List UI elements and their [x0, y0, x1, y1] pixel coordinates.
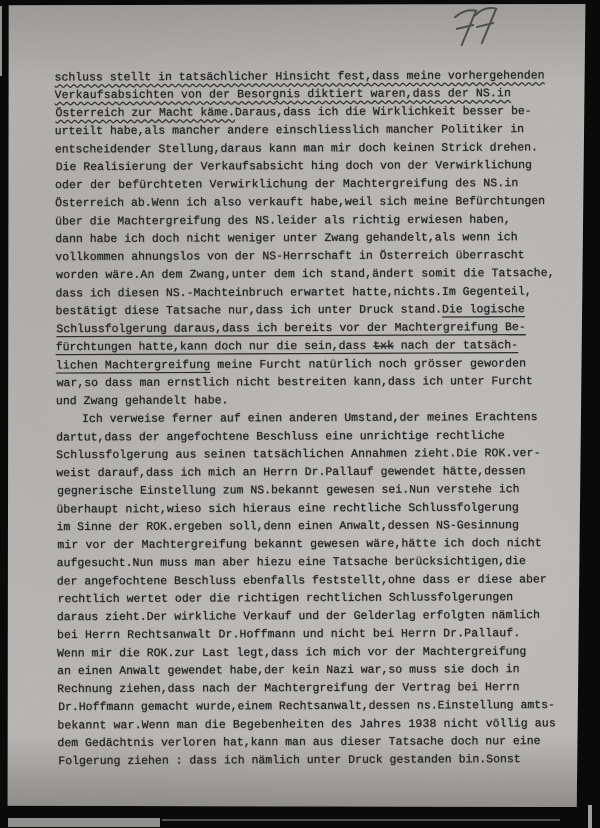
- text-segment: an einen Anwalt gewendet habe,der kein N…: [57, 663, 519, 678]
- text-segment: weist darauf,dass ich mich an Herrn Dr.P…: [56, 465, 525, 480]
- paper-sheet: schluss stellt in tatsächlicher Hinsicht…: [7, 4, 586, 807]
- text-line: im Sinne der ROK.ergeben soll,denn einen…: [56, 517, 571, 537]
- text-segment: Schlussfolgerung aus seinen tatsächliche…: [56, 447, 541, 462]
- text-line: aufgesucht.Nun muss man aber hiezu eine …: [57, 553, 572, 573]
- handwritten-seven-2-crossbar: [477, 23, 493, 27]
- text-segment-ul: Schlussfolgerung daraus,dass ich bereits…: [56, 321, 525, 336]
- text-line: Ich verweise ferner auf einen anderen Um…: [56, 409, 571, 429]
- text-line: fürchtungen hatte,kann doch nur die sein…: [56, 337, 571, 357]
- text-segment: Österreich ab.Wenn ich also verkauft hab…: [55, 195, 545, 210]
- text-line: war,so dass man ernstlich nicht bestreit…: [57, 373, 572, 393]
- text-line: Dr.Hoffmann gemacht wurde,einem Rechtsan…: [58, 697, 573, 717]
- document-text: schluss stellt in tatsächlicher Hinsicht…: [54, 67, 572, 771]
- text-segment: meine Furcht natürlich noch grösser gewo…: [210, 357, 526, 371]
- text-line: Verkaufsabsichten von der Besorgnis dikt…: [55, 85, 570, 105]
- text-line: über die Machtergreifung des NS.leider a…: [55, 211, 570, 231]
- text-segment: war,so dass man ernstlich nicht bestreit…: [57, 375, 533, 390]
- text-segment-ul: fürchtungen hatte,kann doch nur die sein…: [56, 340, 374, 354]
- handwritten-seven-1-crossbar: [457, 25, 473, 29]
- text-segment: Rechnung ziehen,dass nach der Machtergre…: [57, 681, 519, 696]
- text-line: Folgerung ziehen : dass ich nämlich unte…: [58, 751, 573, 771]
- text-line: und Zwang gehandelt habe.: [56, 391, 571, 411]
- text-line: rechtlich wertet oder die richtigen rech…: [58, 589, 573, 609]
- text-segment-strike: txk: [373, 340, 394, 353]
- text-line: mir vor der Machtergreifung bekannt gewe…: [57, 535, 572, 555]
- text-segment: mir vor der Machtergreifung bekannt gewe…: [57, 537, 542, 552]
- text-segment: dass ich diesen NS.-Machteinbruch erwart…: [55, 285, 531, 300]
- text-segment: überhaupt nicht,wieso sich hieraus eine …: [56, 502, 518, 517]
- text-line: Österreich ab.Wenn ich also verkauft hab…: [55, 193, 570, 213]
- scan-artifact-left-sliver: [0, 6, 2, 76]
- text-segment: dartut,dass der angefochtene Beschluss e…: [56, 430, 505, 445]
- text-line: dann habe ich doch nicht weniger unter Z…: [55, 229, 570, 249]
- text-line: Österreich zur Macht käme.Daraus,dass ic…: [55, 103, 570, 123]
- text-line: bekannt war.Wenn man die Begebenheiten d…: [57, 715, 572, 735]
- text-segment: gegnerische Einstellung zum NS.bekannt g…: [57, 483, 519, 498]
- text-segment: bestätigt diese Tatsache nur,dass ich un…: [56, 303, 443, 318]
- text-segment: dann habe ich doch nicht weniger unter Z…: [55, 231, 517, 246]
- text-line: dem Gedächtnis verloren hat,kann man aus…: [57, 733, 572, 753]
- text-segment-wavy: Verkaufsabsichten von der Besorgnis dikt…: [55, 87, 511, 102]
- text-segment: rechtlich wertet oder die richtigen rech…: [58, 591, 514, 606]
- text-line: Wenn mir die ROK.zur Last legt,dass ich …: [57, 643, 572, 663]
- text-segment: über die Machtergreifung des NS.leider a…: [55, 214, 511, 229]
- text-segment: worden wäre.An dem Zwang,unter dem ich s…: [56, 267, 555, 282]
- text-segment: Dr.Hoffmann gemacht wurde,einem Rechtsan…: [58, 699, 555, 714]
- text-segment: Daraus,dass ich die Wirklichkeit besser …: [235, 105, 532, 119]
- scan-artifact-right-sliver: [588, 805, 592, 828]
- text-line: oder der befürchteten Verwirklichung der…: [55, 175, 570, 195]
- text-line: Rechnung ziehen,dass nach der Machtergre…: [57, 679, 572, 699]
- text-segment: dem Gedächtnis verloren hat,kann man aus…: [57, 735, 540, 750]
- text-segment-ul: nach der tatsäch-: [394, 339, 518, 353]
- text-segment-ul: Die logische: [442, 303, 525, 316]
- text-line: bei Herrn Rechtsanwalt Dr.Hoffmann und n…: [57, 625, 572, 645]
- text-segment: urteilt habe,als mancher andere einschli…: [55, 123, 524, 138]
- handwritten-page-number: [448, 1, 506, 49]
- text-segment-wavy: Österreich zur Macht käme.: [55, 106, 234, 120]
- text-line: bestätigt diese Tatsache nur,dass ich un…: [55, 301, 570, 321]
- text-line: Schlussfolgerung daraus,dass ich bereits…: [56, 319, 571, 339]
- text-segment: der angefochtene Beschluss ebenfalls fes…: [57, 573, 547, 588]
- text-line: dartut,dass der angefochtene Beschluss e…: [56, 427, 571, 447]
- text-line: an einen Anwalt gewendet habe,der kein N…: [57, 661, 572, 681]
- scan-artifact-bottom-line: [162, 819, 560, 821]
- text-segment: bei Herrn Rechtsanwalt Dr.Hoffmann und n…: [57, 627, 520, 642]
- text-line: überhaupt nicht,wieso sich hieraus eine …: [56, 499, 571, 519]
- text-segment: Folgerung ziehen : dass ich nämlich unte…: [58, 753, 520, 768]
- text-line: daraus zieht.Der wirkliche Verkauf und d…: [57, 607, 572, 627]
- text-line: schluss stellt in tatsächlicher Hinsicht…: [54, 67, 569, 87]
- text-line: gegnerische Einstellung zum NS.bekannt g…: [57, 481, 572, 501]
- text-line: Die Realisierung der Verkaufsabsicht hin…: [56, 157, 571, 177]
- text-segment: Die Realisierung der Verkaufsabsicht hin…: [56, 159, 532, 174]
- text-line: dass ich diesen NS.-Machteinbruch erwart…: [55, 283, 570, 303]
- text-line: urteilt habe,als mancher andere einschli…: [55, 121, 570, 141]
- text-segment-wavy: schluss stellt in tatsächlicher Hinsicht…: [54, 69, 544, 84]
- scan-artifact-bottom-bar: [8, 818, 160, 827]
- text-line: Schlussfolgerung aus seinen tatsächliche…: [56, 445, 571, 465]
- text-line: worden wäre.An dem Zwang,unter dem ich s…: [56, 265, 571, 285]
- text-segment-ul: lichen Machtergreifung: [56, 359, 211, 373]
- text-segment: und Zwang gehandelt habe.: [56, 394, 229, 408]
- text-segment: vollkommen ahnungslos von der NS-Herrsch…: [55, 249, 524, 264]
- text-segment: oder der befürchteten Verwirklichung der…: [55, 177, 518, 192]
- text-segment: im Sinne der ROK.ergeben soll,denn einen…: [56, 519, 518, 534]
- scanned-page: schluss stellt in tatsächlicher Hinsicht…: [0, 0, 600, 828]
- text-segment: entscheidender Stellung,daraus kann man …: [55, 141, 538, 156]
- text-segment: aufgesucht.Nun muss man aber hiezu eine …: [57, 555, 526, 570]
- text-segment: Ich verweise ferner auf einen anderen Um…: [82, 411, 538, 426]
- text-segment: bekannt war.Wenn man die Begebenheiten d…: [57, 717, 556, 732]
- text-segment: daraus zieht.Der wirkliche Verkauf und d…: [57, 609, 540, 624]
- text-segment: Wenn mir die ROK.zur Last legt,dass ich …: [57, 645, 526, 660]
- text-line: vollkommen ahnungslos von der NS-Herrsch…: [55, 247, 570, 267]
- text-line: weist darauf,dass ich mich an Herrn Dr.P…: [56, 463, 571, 483]
